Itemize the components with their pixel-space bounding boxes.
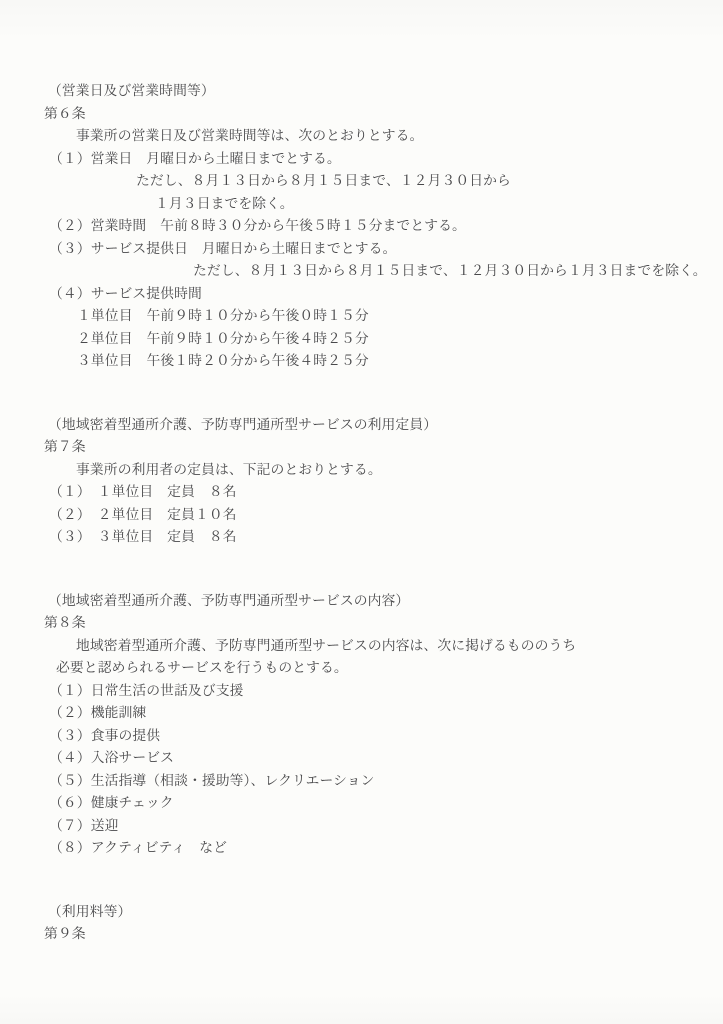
document-line: ただし、８月１３日から８月１５日まで、１２月３０日から１月３日までを除く。 [0,260,723,283]
document-section: （地域密着型通所介護、予防専門通所型サービスの利用定員）第７条事業所の利用者の定… [0,414,723,549]
document-body: （営業日及び営業時間等）第６条事業所の営業日及び営業時間等は、次のとおりとする。… [0,80,723,946]
document-line: １月３日までを除く。 [0,193,723,216]
document-section: （利用料等）第９条 [0,901,723,946]
scanned-document-page: （営業日及び営業時間等）第６条事業所の営業日及び営業時間等は、次のとおりとする。… [0,0,723,1024]
article-number: 第６条 [0,103,723,126]
document-line: （２）営業時間 午前８時３０分から午後５時１５分までとする。 [0,215,723,238]
document-section: （営業日及び営業時間等）第６条事業所の営業日及び営業時間等は、次のとおりとする。… [0,80,723,373]
document-line: （４）入浴サービス [0,747,723,770]
document-line: （１） １単位目 定員 ８名 [0,481,723,504]
document-line: （１）営業日 月曜日から土曜日までとする。 [0,148,723,171]
article-number: 第９条 [0,923,723,946]
document-line: 事業所の営業日及び営業時間等は、次のとおりとする。 [0,125,723,148]
document-line: （６）健康チェック [0,792,723,815]
document-line: （１）日常生活の世話及び支援 [0,680,723,703]
document-section: （地域密着型通所介護、予防専門通所型サービスの内容）第８条地域密着型通所介護、予… [0,590,723,860]
article-number: 第７条 [0,436,723,459]
document-line: （２） ２単位目 定員１０名 [0,504,723,527]
section-heading: （地域密着型通所介護、予防専門通所型サービスの内容） [0,590,723,613]
document-line: （２）機能訓練 [0,702,723,725]
document-line: 地域密着型通所介護、予防専門通所型サービスの内容は、次に掲げるもののうち [0,635,723,658]
document-line: （７）送迎 [0,815,723,838]
document-line: （３）食事の提供 [0,725,723,748]
article-number: 第８条 [0,612,723,635]
document-line: （４）サービス提供時間 [0,283,723,306]
section-heading: （利用料等） [0,901,723,924]
document-line: １単位目 午前９時１０分から午後０時１５分 [0,305,723,328]
document-line: ただし、８月１３日から８月１５日まで、１２月３０日から [0,170,723,193]
document-line: （８）アクティビティ など [0,837,723,860]
document-line: 必要と認められるサービスを行うものとする。 [0,657,723,680]
document-line: ２単位目 午前９時１０分から午後４時２５分 [0,328,723,351]
section-heading: （営業日及び営業時間等） [0,80,723,103]
document-line: （３）サービス提供日 月曜日から土曜日までとする。 [0,238,723,261]
document-line: 事業所の利用者の定員は、下記のとおりとする。 [0,459,723,482]
document-line: ３単位目 午後１時２０分から午後４時２５分 [0,350,723,373]
document-line: （５）生活指導（相談・援助等）、レクリエーション [0,770,723,793]
section-heading: （地域密着型通所介護、予防専門通所型サービスの利用定員） [0,414,723,437]
document-line: （３） ３単位目 定員 ８名 [0,526,723,549]
